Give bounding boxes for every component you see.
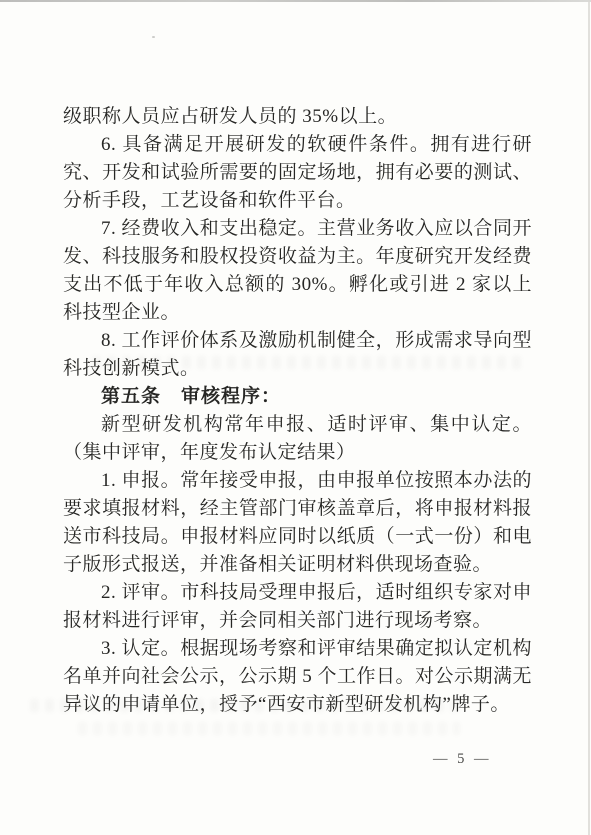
paragraph: 6. 具备满足开展研发的软硬件条件。拥有进行研究、开发和试验所需要的固定场地，拥…: [63, 131, 532, 215]
scan-speck-artifact: [152, 36, 155, 38]
paragraph: 3. 认定。根据现场考察和评审结果确定拟认定机构名单并向社会公示，公示期 5 个…: [63, 635, 532, 719]
clause-heading: 第五条 审核程序：: [63, 383, 532, 411]
document-page: 级职称人员应占研发人员的 35%以上。6. 具备满足开展研发的软硬件条件。拥有进…: [0, 0, 591, 835]
paragraph: 8. 工作评价体系及激励机制健全，形成需求导向型科技创新模式。: [63, 327, 532, 383]
paragraph: 2. 评审。市科技局受理申报后，适时组织专家对申报材料进行评审，并会同相关部门进…: [63, 579, 532, 635]
document-body: 级职称人员应占研发人员的 35%以上。6. 具备满足开展研发的软硬件条件。拥有进…: [63, 103, 532, 719]
paragraph: 级职称人员应占研发人员的 35%以上。: [63, 103, 532, 131]
paragraph: 7. 经费收入和支出稳定。主营业务收入应以合同开发、科技服务和股权投资收益为主。…: [63, 215, 532, 327]
bleed-through-artifact: [78, 722, 460, 735]
paragraph: 新型研发机构常年申报、适时评审、集中认定。（集中评审，年度发布认定结果）: [63, 411, 532, 467]
scan-edge-top-artifact: [0, 0, 591, 2]
page-number: — 5 —: [433, 751, 492, 768]
paragraph: 1. 申报。常年接受申报，由申报单位按照本办法的要求填报材料，经主管部门审核盖章…: [63, 467, 532, 579]
scan-edge-right-artifact: [588, 0, 590, 835]
